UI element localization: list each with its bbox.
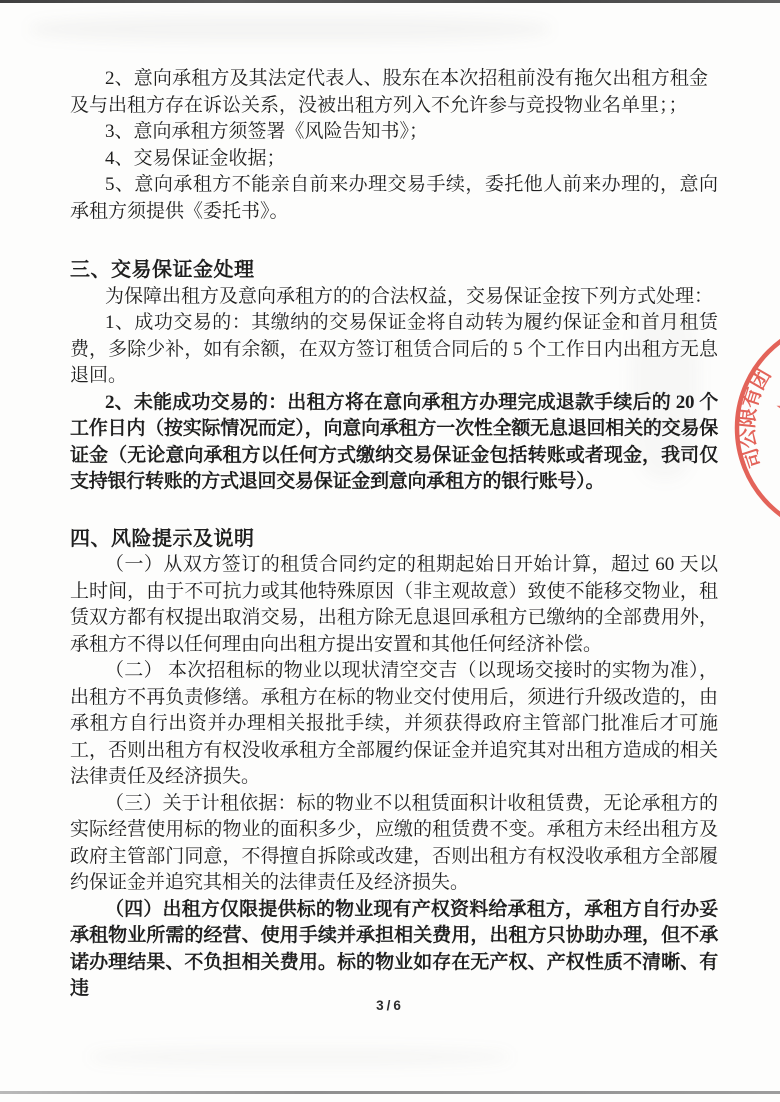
risk-paragraph-4: （四）出租方仅限提供标的物业现有产权资料给承租方，承租方自行办妥承租物业所需的经… — [70, 897, 718, 1003]
section-heading-risk-notice: 四、风险提示及说明 — [70, 526, 718, 553]
seal-char: 限 — [736, 407, 761, 429]
seal-star-icon — [777, 356, 780, 486]
clause-item-3: 3、意向承租方须签署《风险告知书》； — [70, 119, 718, 146]
deposit-intro-paragraph: 为保障出租方及意向承租方的的合法权益，交易保证金按下列方式处理： — [70, 284, 718, 311]
document-body: 2、意向承租方及其法定代表人、股东在本次招租前没有拖欠出租方租金及与出租方存在诉… — [70, 0, 718, 1003]
clause-item-5: 5、意向承租方不能亲自前来办理交易手续，委托他人前来办理的，意向承租方须提供《委… — [70, 172, 718, 225]
risk-paragraph-1: （一）从双方签订的租赁合同约定的租期起始日开始计算，超过 60 天以上时间，由于… — [70, 552, 718, 658]
page-number: 3/6 — [0, 998, 780, 1013]
seal-char: 公 — [735, 426, 760, 449]
clause-item-4: 4、交易保证金收据； — [70, 146, 718, 173]
document-page: 2、意向承租方及其法定代表人、股东在本次招租前没有拖欠出租方租金及与出租方存在诉… — [0, 0, 780, 1102]
company-seal-stamp: 团 有 限 公 司 — [726, 333, 780, 523]
scan-edge-bottom-line — [0, 1091, 780, 1094]
deposit-success-paragraph: 1、成功交易的：其缴纳的交易保证金将自动转为履约保证金和首月租赁费，多除少补，如… — [70, 310, 718, 390]
risk-paragraph-2: （二） 本次招租标的物业以现状清空交吉（以现场交接时的实物为准），出租方不再负责… — [70, 658, 718, 791]
risk-paragraph-3: （三）关于计租依据：标的物业不以租赁面积计收租赁费，无论承租方的实际经营使用标的… — [70, 791, 718, 897]
seal-text: 团 有 限 公 司 — [735, 365, 775, 471]
scan-artifact — [90, 1048, 510, 1066]
section-heading-deposit-handling: 三、交易保证金处理 — [70, 257, 718, 284]
deposit-failure-paragraph: 2、未能成功交易的：出租方将在意向承租方办理完成退款手续后的 20 个工作日内（… — [70, 390, 718, 496]
clause-item-2: 2、意向承租方及其法定代表人、股东在本次招租前没有拖欠出租方租金及与出租方存在诉… — [70, 66, 708, 119]
